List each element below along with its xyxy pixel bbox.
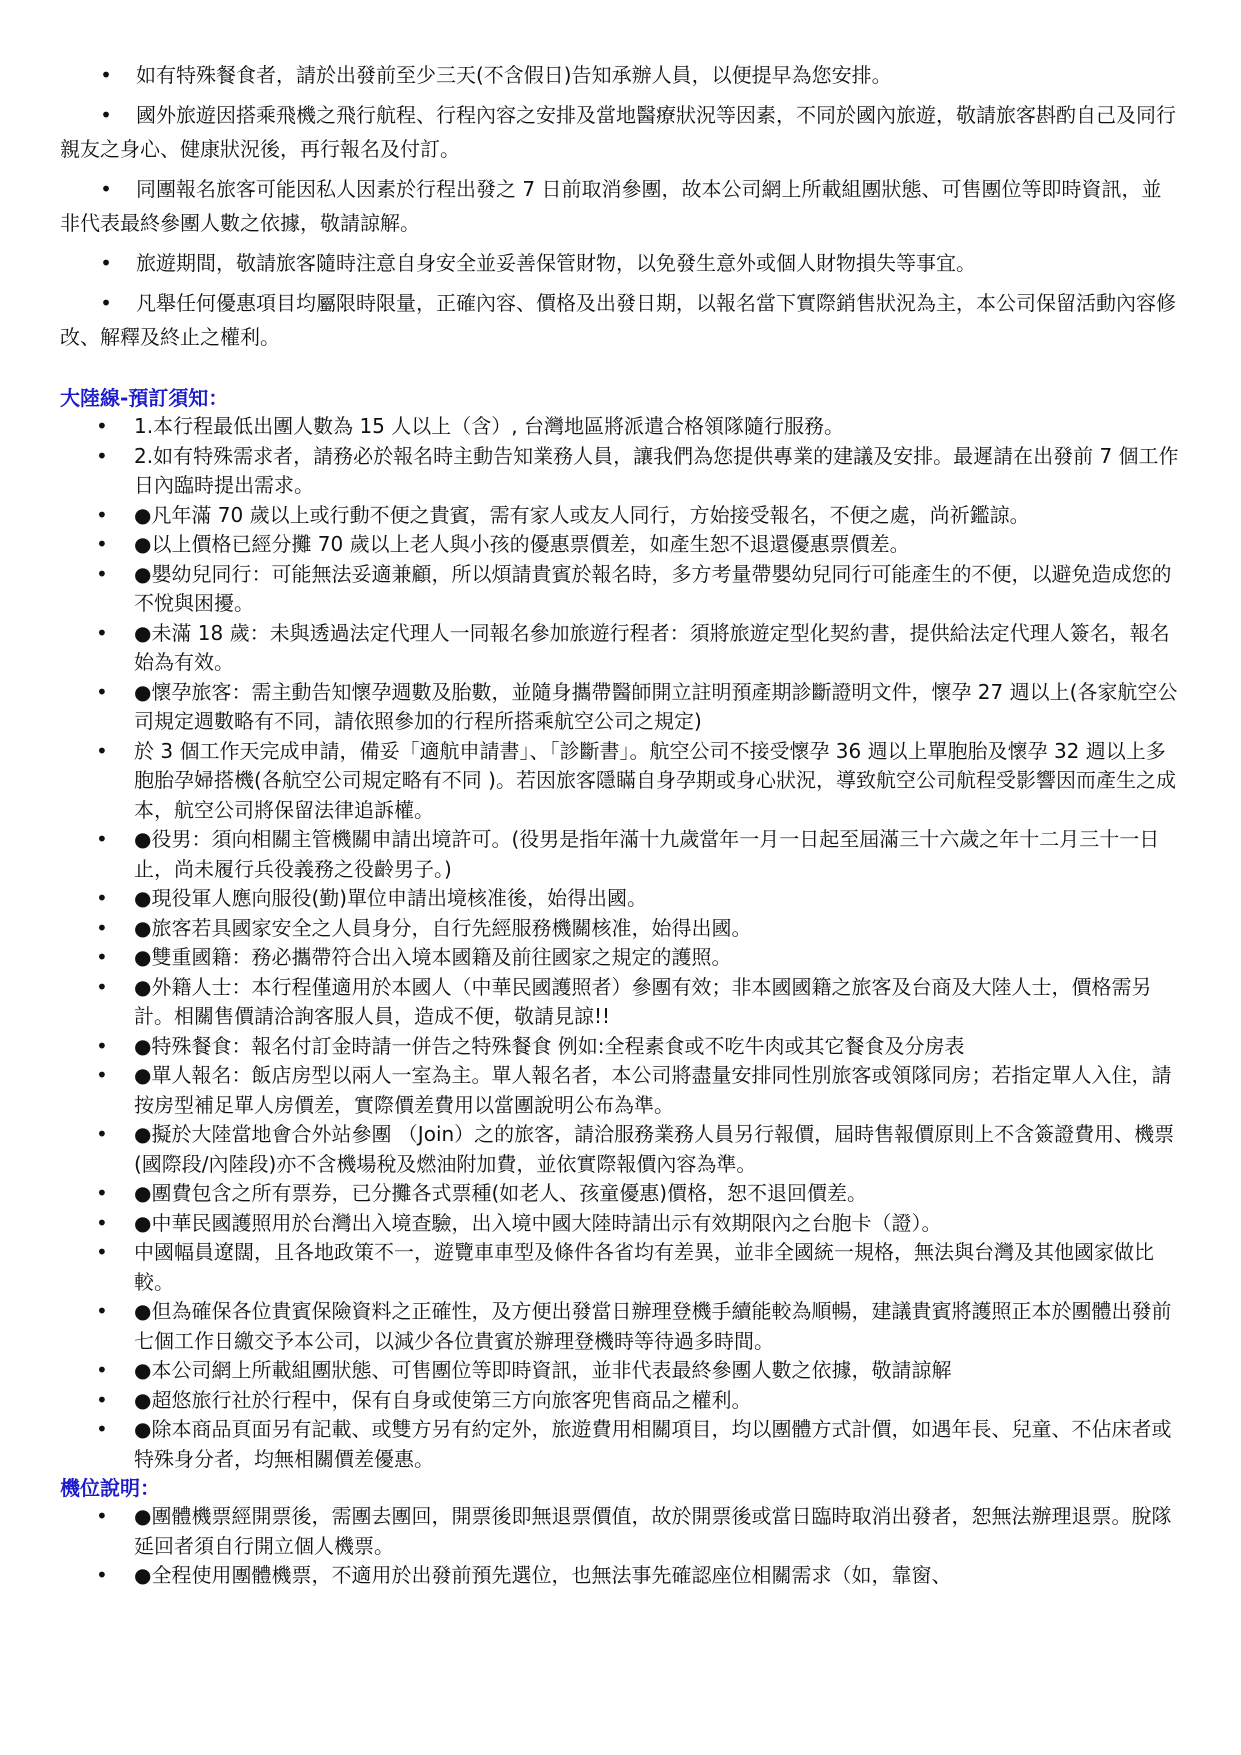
intro-notes-list: •如有特殊餐食者，請於出發前至少三天(不含假日)告知承辦人員，以便提早為您安排。… (60, 58, 1181, 354)
section-title-china-booking: 大陸線-預訂須知： (60, 384, 1181, 412)
list-item: ●雙重國籍：務必攜帶符合出入境本國籍及前往國家之規定的護照。 (60, 943, 1181, 973)
list-item: ●團費包含之所有票券，已分攤各式票種(如老人、孩童優惠)價格，恕不退回價差。 (60, 1179, 1181, 1209)
list-item: ●超悠旅行社於行程中，保有自身或使第三方向旅客兜售商品之權利。 (60, 1386, 1181, 1416)
list-item: •同團報名旅客可能因私人因素於行程出發之 7 日前取消參團，故本公司網上所載組團… (60, 172, 1181, 240)
list-item: •國外旅遊因搭乘飛機之飛行航程、行程內容之安排及當地醫療狀況等因素，不同於國內旅… (60, 98, 1181, 166)
list-item: ●中華民國護照用於台灣出入境查驗，出入境中國大陸時請出示有效期限內之台胞卡（證）… (60, 1209, 1181, 1239)
list-item: ●嬰幼兒同行：可能無法妥適兼顧，所以煩請貴賓於報名時，多方考量帶嬰幼兒同行可能產… (60, 560, 1181, 619)
list-item: 於 3 個工作天完成申請，備妥「適航申請書」、「診斷書」。航空公司不接受懷孕 3… (60, 737, 1181, 826)
list-item: 1.本行程最低出團人數為 15 人以上（含）, 台灣地區將派遣合格領隊隨行服務。 (60, 412, 1181, 442)
document-page: •如有特殊餐食者，請於出發前至少三天(不含假日)告知承辦人員，以便提早為您安排。… (0, 0, 1241, 1591)
list-item: ●本公司網上所載組團狀態、可售團位等即時資訊，並非代表最終參團人數之依據，敬請諒… (60, 1356, 1181, 1386)
list-item: ●以上價格已經分攤 70 歲以上老人與小孩的優惠票價差，如產生恕不退還優惠票價差… (60, 530, 1181, 560)
list-item: 2.如有特殊需求者，請務必於報名時主動告知業務人員，讓我們為您提供專業的建議及安… (60, 442, 1181, 501)
seat-info-list: ●團體機票經開票後，需團去團回，開票後即無退票價值，故於開票後或當日臨時取消出發… (60, 1502, 1181, 1591)
list-item: ●凡年滿 70 歲以上或行動不便之貴賓，需有家人或友人同行，方始接受報名，不便之… (60, 501, 1181, 531)
bullet-icon: • (88, 58, 124, 92)
bullet-icon: • (88, 172, 124, 206)
list-item: ●外籍人士：本行程僅適用於本國人（中華民國護照者）參團有效；非本國國籍之旅客及台… (60, 973, 1181, 1032)
list-item: ●特殊餐食：報名付訂金時請一併告之特殊餐食 例如:全程素食或不吃牛肉或其它餐食及… (60, 1032, 1181, 1062)
list-item: ●但為確保各位貴賓保險資料之正確性，及方便出發當日辦理登機手續能較為順暢，建議貴… (60, 1297, 1181, 1356)
list-item: ●旅客若具國家安全之人員身分，自行先經服務機關核准，始得出國。 (60, 914, 1181, 944)
list-item: ●全程使用團體機票，不適用於出發前預先選位，也無法事先確認座位相關需求（如，靠窗… (60, 1561, 1181, 1591)
list-item: •旅遊期間，敬請旅客隨時注意自身安全並妥善保管財物，以免發生意外或個人財物損失等… (60, 246, 1181, 280)
list-item: ●懷孕旅客：需主動告知懷孕週數及胎數，並隨身攜帶醫師開立註明預產期診斷證明文件，… (60, 678, 1181, 737)
bullet-icon: • (88, 98, 124, 132)
list-item: ●役男：須向相關主管機關申請出境許可。(役男是指年滿十九歲當年一月一日起至屆滿三… (60, 825, 1181, 884)
china-booking-list: 1.本行程最低出團人數為 15 人以上（含）, 台灣地區將派遣合格領隊隨行服務。… (60, 412, 1181, 1474)
list-item: ●未滿 18 歲：未與透過法定代理人一同報名參加旅遊行程者：須將旅遊定型化契約書… (60, 619, 1181, 678)
list-item: •凡舉任何優惠項目均屬限時限量，正確內容、價格及出發日期，以報名當下實際銷售狀況… (60, 286, 1181, 354)
list-item: ●擬於大陸當地會合外站參團 （Join）之的旅客，請洽服務業務人員另行報價，屆時… (60, 1120, 1181, 1179)
list-item: 中國幅員遼闊，且各地政策不一，遊覽車車型及條件各省均有差異，並非全國統一規格，無… (60, 1238, 1181, 1297)
list-item: ●團體機票經開票後，需團去團回，開票後即無退票價值，故於開票後或當日臨時取消出發… (60, 1502, 1181, 1561)
list-item: ●除本商品頁面另有記載、或雙方另有約定外，旅遊費用相關項目，均以團體方式計價，如… (60, 1415, 1181, 1474)
list-item: •如有特殊餐食者，請於出發前至少三天(不含假日)告知承辦人員，以便提早為您安排。 (60, 58, 1181, 92)
list-item: ●單人報名：飯店房型以兩人一室為主。單人報名者，本公司將盡量安排同性別旅客或領隊… (60, 1061, 1181, 1120)
section-title-seat-info: 機位說明： (60, 1474, 1181, 1502)
bullet-icon: • (88, 286, 124, 320)
bullet-icon: • (88, 246, 124, 280)
list-item: ●現役軍人應向服役(勤)單位申請出境核准後，始得出國。 (60, 884, 1181, 914)
